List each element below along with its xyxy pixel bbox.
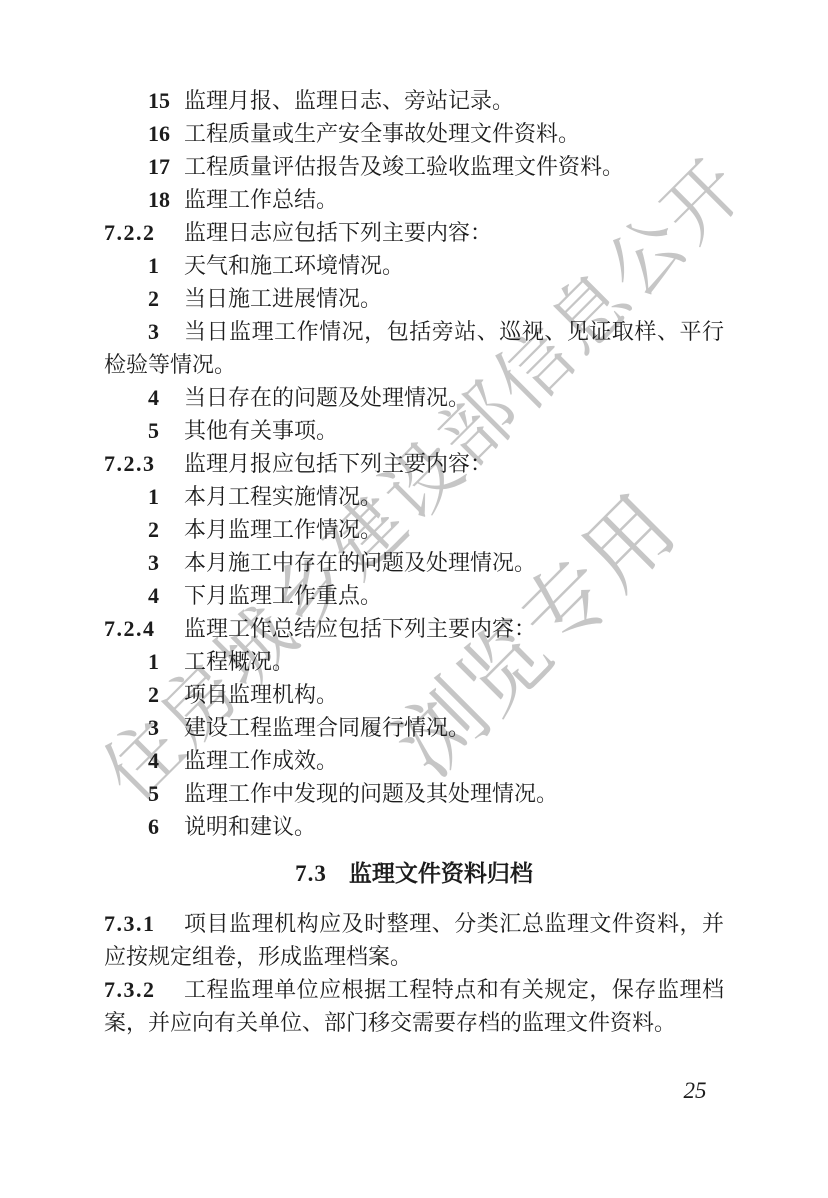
item-text: 当日施工进展情况。 bbox=[184, 282, 382, 315]
list-item: 1 本月工程实施情况。 bbox=[104, 480, 724, 513]
item-text: 监理工作成效。 bbox=[184, 744, 338, 777]
continuation-line: 案，并应向有关单位、部门移交需要存档的监理文件资料。 bbox=[104, 1006, 724, 1039]
list-item: 5 其他有关事项。 bbox=[104, 414, 724, 447]
page-content: 15 监理月报、监理日志、旁站记录。 16 工程质量或生产安全事故处理文件资料。… bbox=[104, 84, 724, 1039]
clause-number: 7.3.1 bbox=[104, 907, 184, 940]
section-heading-number: 7.3 bbox=[295, 861, 327, 886]
list-item: 3 当日监理工作情况，包括旁站、巡视、见证取样、平行 bbox=[104, 315, 724, 348]
list-item: 18 监理工作总结。 bbox=[104, 183, 724, 216]
item-number: 5 bbox=[148, 414, 184, 447]
item-text: 本月施工中存在的问题及处理情况。 bbox=[184, 546, 536, 579]
clause-line: 7.3.2 工程监理单位应根据工程特点和有关规定，保存监理档 bbox=[104, 973, 724, 1006]
item-number: 6 bbox=[148, 810, 184, 843]
item-number: 18 bbox=[148, 183, 184, 216]
list-item: 4 下月监理工作重点。 bbox=[104, 579, 724, 612]
section-heading: 7.3监理文件资料归档 bbox=[104, 857, 724, 890]
item-text: 项目监理机构。 bbox=[184, 678, 338, 711]
item-text: 监理月报、监理日志、旁站记录。 bbox=[184, 84, 514, 117]
clause-text: 工程监理单位应根据工程特点和有关规定，保存监理档 bbox=[184, 973, 724, 1006]
list-item: 4 当日存在的问题及处理情况。 bbox=[104, 381, 724, 414]
item-number: 3 bbox=[148, 711, 184, 744]
item-number: 4 bbox=[148, 744, 184, 777]
item-text: 当日监理工作情况，包括旁站、巡视、见证取样、平行 bbox=[184, 315, 724, 348]
clause-line: 7.3.1 项目监理机构应及时整理、分类汇总监理文件资料，并 bbox=[104, 907, 724, 940]
list-item: 5 监理工作中发现的问题及其处理情况。 bbox=[104, 777, 724, 810]
item-text: 本月监理工作情况。 bbox=[184, 513, 382, 546]
clause-text: 监理月报应包括下列主要内容： bbox=[184, 447, 492, 480]
item-number: 3 bbox=[148, 315, 184, 348]
item-number: 4 bbox=[148, 579, 184, 612]
clause-text: 项目监理机构应及时整理、分类汇总监理文件资料，并 bbox=[184, 907, 724, 940]
clause-number: 7.2.4 bbox=[104, 612, 184, 645]
clause-number: 7.2.2 bbox=[104, 216, 184, 249]
item-number: 16 bbox=[148, 117, 184, 150]
item-number: 1 bbox=[148, 645, 184, 678]
clause-line: 7.2.4 监理工作总结应包括下列主要内容： bbox=[104, 612, 724, 645]
clause-text: 监理日志应包括下列主要内容： bbox=[184, 216, 492, 249]
item-number: 2 bbox=[148, 513, 184, 546]
item-text: 当日存在的问题及处理情况。 bbox=[184, 381, 470, 414]
item-text: 建设工程监理合同履行情况。 bbox=[184, 711, 470, 744]
clause-number: 7.3.2 bbox=[104, 973, 184, 1006]
item-number: 5 bbox=[148, 777, 184, 810]
list-item: 2 当日施工进展情况。 bbox=[104, 282, 724, 315]
list-item: 17 工程质量评估报告及竣工验收监理文件资料。 bbox=[104, 150, 724, 183]
continuation-line: 检验等情况。 bbox=[104, 348, 724, 381]
item-text: 监理工作总结。 bbox=[184, 183, 338, 216]
list-item: 1 天气和施工环境情况。 bbox=[104, 249, 724, 282]
list-item: 15 监理月报、监理日志、旁站记录。 bbox=[104, 84, 724, 117]
item-text: 工程质量或生产安全事故处理文件资料。 bbox=[184, 117, 580, 150]
page-number: 25 bbox=[672, 1078, 718, 1104]
list-item: 1 工程概况。 bbox=[104, 645, 724, 678]
body-text: 应按规定组卷，形成监理档案。 bbox=[104, 940, 412, 973]
item-text: 工程概况。 bbox=[184, 645, 294, 678]
list-item: 2 本月监理工作情况。 bbox=[104, 513, 724, 546]
body-text: 案，并应向有关单位、部门移交需要存档的监理文件资料。 bbox=[104, 1006, 676, 1039]
section-heading-title: 监理文件资料归档 bbox=[349, 861, 533, 886]
item-number: 1 bbox=[148, 249, 184, 282]
list-item: 3 本月施工中存在的问题及处理情况。 bbox=[104, 546, 724, 579]
continuation-line: 应按规定组卷，形成监理档案。 bbox=[104, 940, 724, 973]
clause-text: 监理工作总结应包括下列主要内容： bbox=[184, 612, 536, 645]
item-text: 说明和建议。 bbox=[184, 810, 316, 843]
item-text: 下月监理工作重点。 bbox=[184, 579, 382, 612]
clause-line: 7.2.3 监理月报应包括下列主要内容： bbox=[104, 447, 724, 480]
item-text: 本月工程实施情况。 bbox=[184, 480, 382, 513]
item-text: 其他有关事项。 bbox=[184, 414, 338, 447]
list-item: 16 工程质量或生产安全事故处理文件资料。 bbox=[104, 117, 724, 150]
item-number: 2 bbox=[148, 678, 184, 711]
list-item: 6 说明和建议。 bbox=[104, 810, 724, 843]
clause-line: 7.2.2 监理日志应包括下列主要内容： bbox=[104, 216, 724, 249]
item-number: 4 bbox=[148, 381, 184, 414]
document-page: 住房城乡建设部信息公开 浏览专用 15 监理月报、监理日志、旁站记录。 16 工… bbox=[0, 0, 828, 1198]
item-number: 2 bbox=[148, 282, 184, 315]
body-text: 检验等情况。 bbox=[104, 348, 236, 381]
item-text: 工程质量评估报告及竣工验收监理文件资料。 bbox=[184, 150, 624, 183]
item-number: 3 bbox=[148, 546, 184, 579]
list-item: 4 监理工作成效。 bbox=[104, 744, 724, 777]
item-text: 监理工作中发现的问题及其处理情况。 bbox=[184, 777, 558, 810]
list-item: 3 建设工程监理合同履行情况。 bbox=[104, 711, 724, 744]
item-number: 1 bbox=[148, 480, 184, 513]
item-number: 15 bbox=[148, 84, 184, 117]
clause-number: 7.2.3 bbox=[104, 447, 184, 480]
item-number: 17 bbox=[148, 150, 184, 183]
item-text: 天气和施工环境情况。 bbox=[184, 249, 404, 282]
list-item: 2 项目监理机构。 bbox=[104, 678, 724, 711]
